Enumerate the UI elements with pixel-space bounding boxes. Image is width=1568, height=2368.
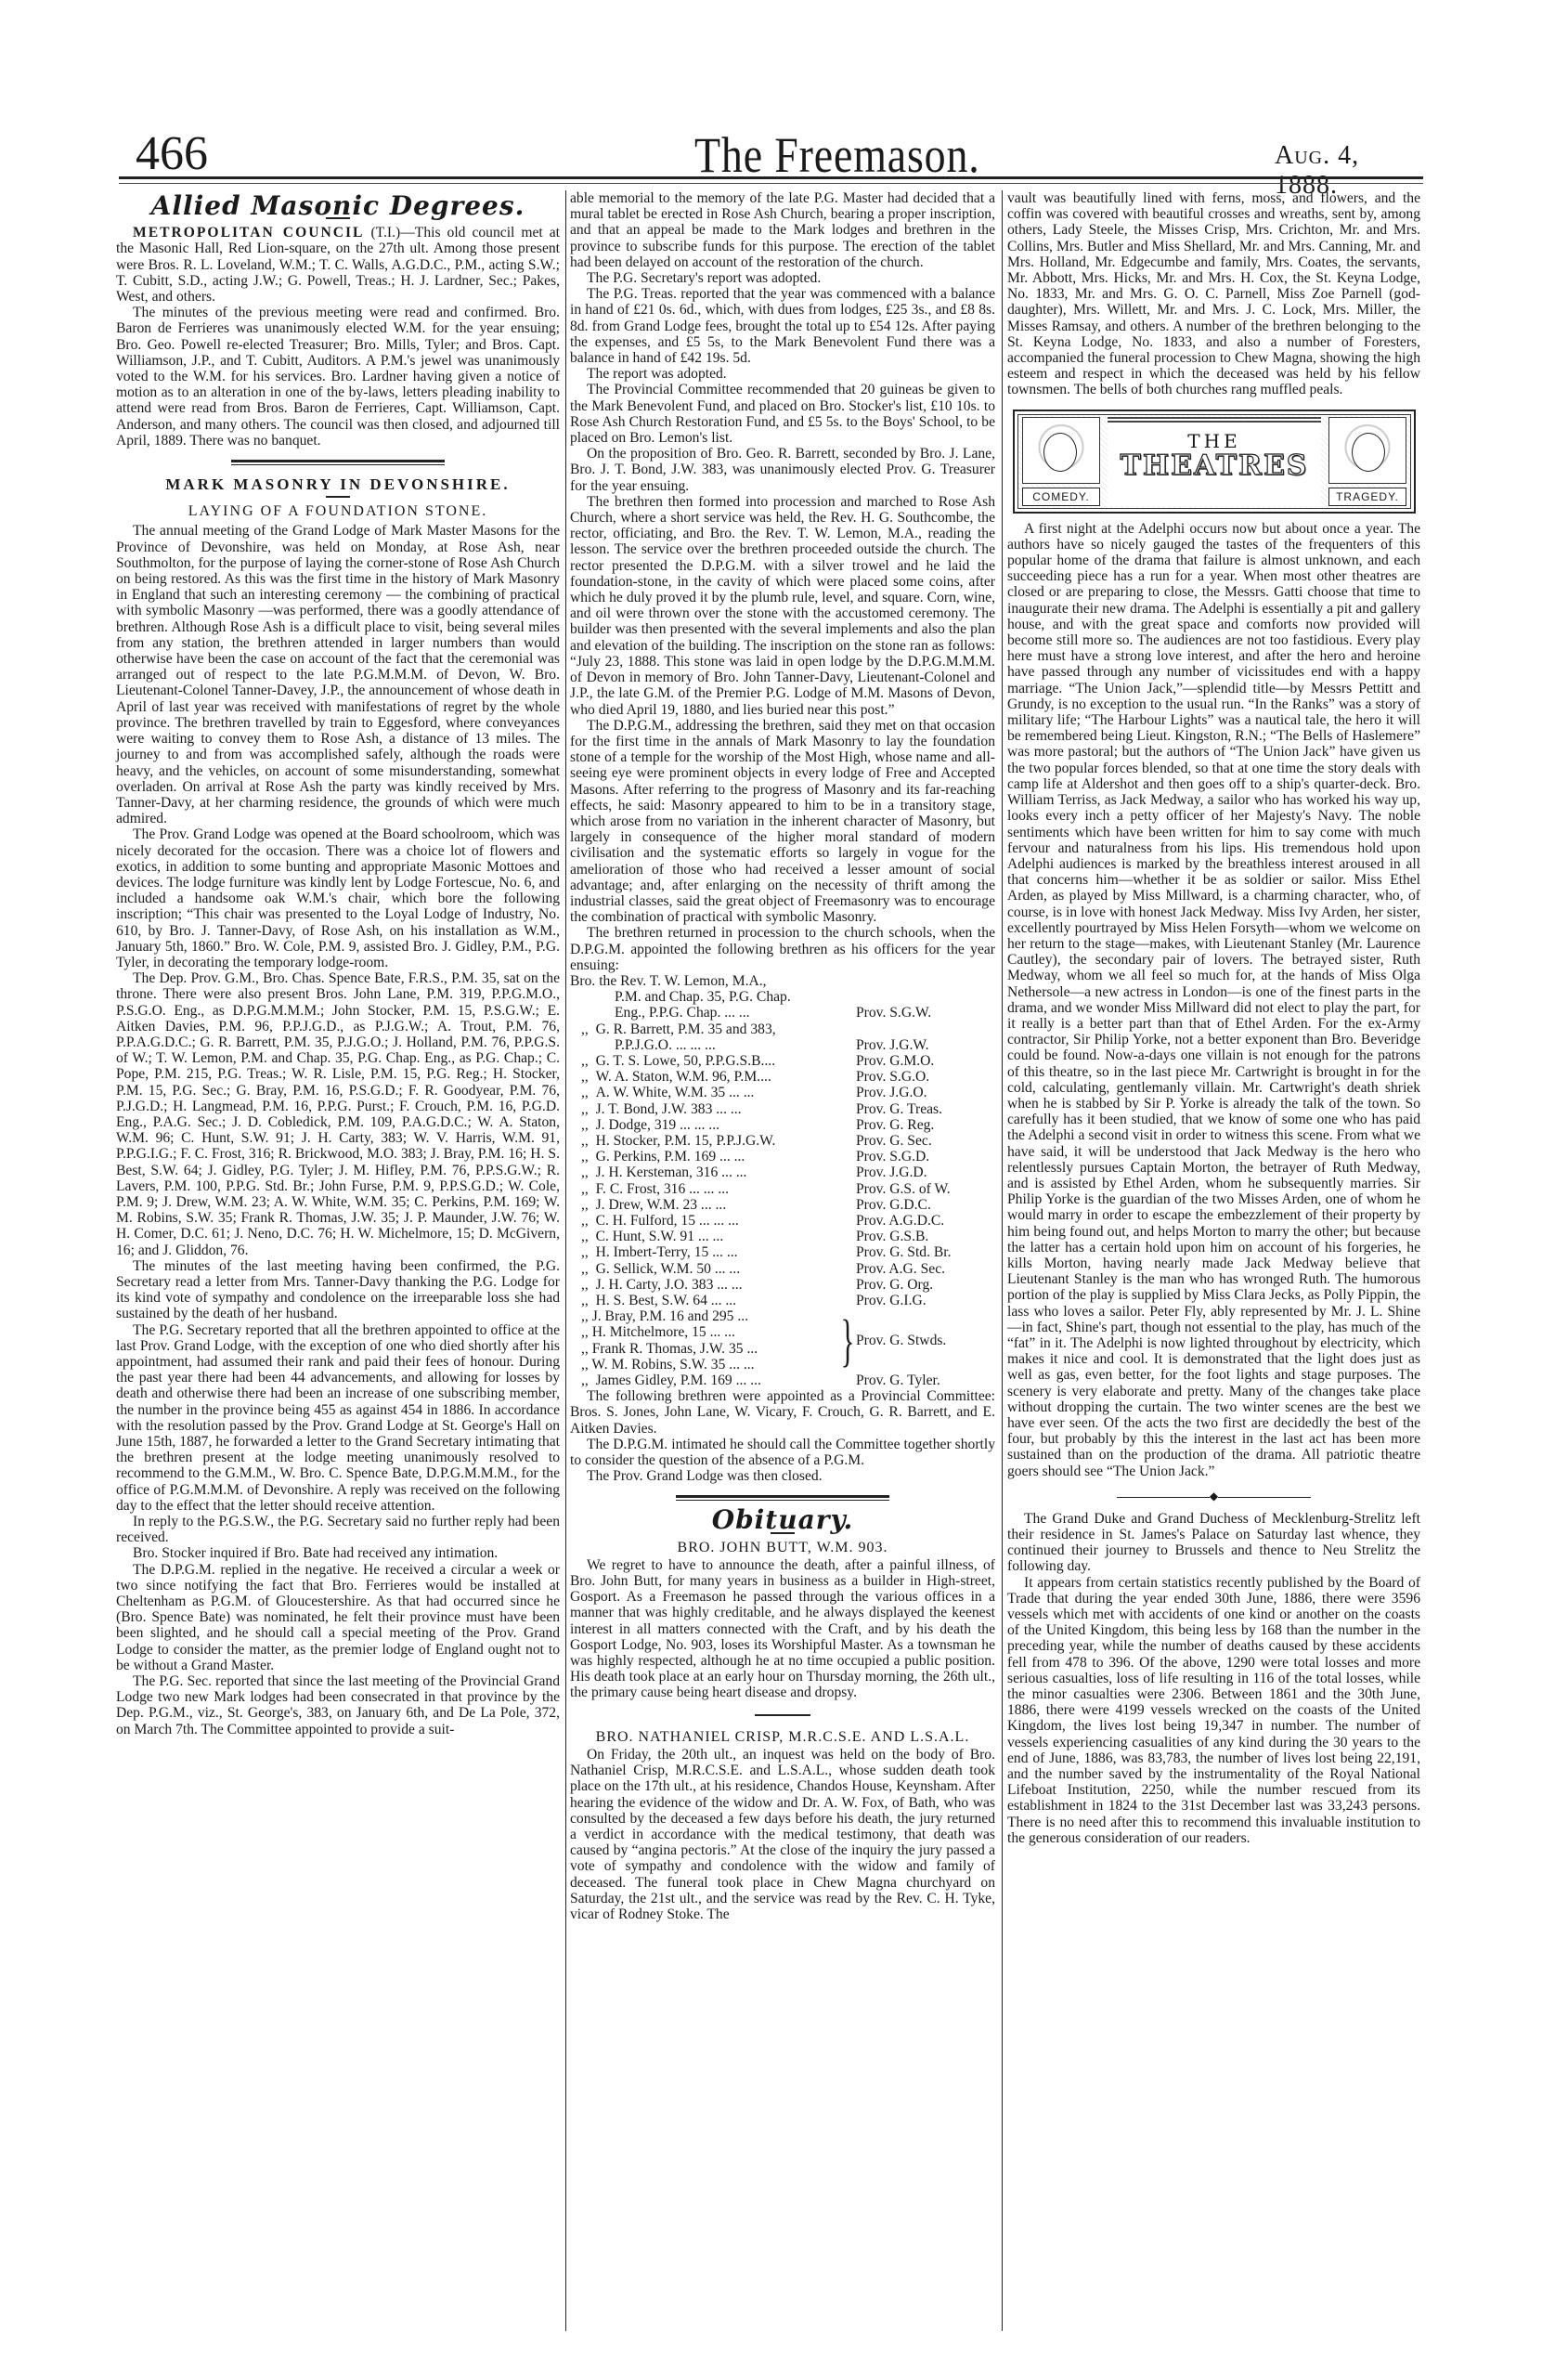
column-1: Allied Masonic Degrees. METROPOLITAN COU…: [116, 190, 560, 1737]
officer-entry: ,, C. H. Fulford, 15 ... ... ...Prov. A.…: [570, 1213, 995, 1229]
officer-entry: ,, W. A. Staton, W.M. 96, P.M....Prov. S…: [570, 1069, 995, 1085]
lead-caps: METROPOLITAN COUNCIL: [133, 225, 364, 241]
section-separator: [676, 1495, 889, 1501]
officer-entry: ,, F. C. Frost, 316 ... ... ...Prov. G.S…: [570, 1181, 995, 1197]
obituary-headline-crisp: BRO. NATHANIEL CRISP, M.R.C.S.E. AND L.S…: [570, 1729, 995, 1745]
article-paragraph: The P.G. Secretary reported that all the…: [116, 1322, 560, 1514]
headline-mark-masonry: MARK MASONRY IN DEVONSHIRE.: [116, 476, 560, 492]
officer-entry: ,, J. H. Kersteman, 316 ... ...Prov. J.G…: [570, 1164, 995, 1180]
article-paragraph: The brethren returned in procession to t…: [570, 925, 995, 973]
article-paragraph: The D.P.G.M. replied in the negative. He…: [116, 1562, 560, 1673]
section-separator: [231, 460, 445, 465]
short-rule: [326, 496, 350, 498]
tragedy-mask-icon: [1328, 417, 1406, 484]
article-paragraph: Bro. Stocker inquired if Bro. Bate had r…: [116, 1545, 560, 1561]
comedy-label: COMEDY.: [1022, 488, 1100, 506]
officer-entry: ,, J. T. Bond, J.W. 383 ... ...Prov. G. …: [570, 1101, 995, 1117]
comedy-mask-icon: [1022, 417, 1100, 484]
article-paragraph: On the proposition of Bro. Geo. R. Barre…: [570, 446, 995, 494]
article-paragraph: On Friday, the 20th ult., an inquest was…: [570, 1747, 995, 1922]
officers-list: Bro. the Rev. T. W. Lemon, M.A., P.M. an…: [570, 973, 995, 1388]
article-paragraph: vault was beautifully lined with ferns, …: [1007, 190, 1420, 398]
officer-entry: Bro. the Rev. T. W. Lemon, M.A., P.M. an…: [570, 973, 995, 1021]
article-paragraph: The Provincial Committee recommended tha…: [570, 382, 995, 446]
article-paragraph: A first night at the Adelphi occurs now …: [1007, 521, 1420, 1479]
diamond-separator: ◆: [1007, 1492, 1420, 1500]
article-paragraph: The D.P.G.M. intimated he should call th…: [570, 1437, 995, 1468]
newspaper-title: The Freemason.: [694, 126, 980, 184]
article-paragraph: We regret to have to announce the death,…: [570, 1557, 995, 1701]
stewards-group: ,, J. Bray, P.M. 16 and 295 ... ,, H. Mi…: [570, 1308, 995, 1373]
officer-entry: ,, C. Hunt, S.W. 91 ... ...Prov. G.S.B.: [570, 1229, 995, 1244]
article-paragraph: The P.G. Secretary's report was adopted.: [570, 270, 995, 286]
article-paragraph: The report was adopted.: [570, 366, 995, 382]
officer-entry: ,, G. Sellick, W.M. 50 ... ...Prov. A.G.…: [570, 1261, 995, 1277]
officer-entry: ,, J. Dodge, 319 ... ... ...Prov. G. Reg…: [570, 1117, 995, 1133]
article-paragraph: The P.G. Sec. reported that since the la…: [116, 1673, 560, 1737]
obituary-headline-butt: BRO. JOHN BUTT, W.M. 903.: [570, 1540, 995, 1555]
article-paragraph: The Dep. Prov. G.M., Bro. Chas. Spence B…: [116, 970, 560, 1258]
article-paragraph: In reply to the P.G.S.W., the P.G. Secre…: [116, 1514, 560, 1545]
article-paragraph: The following brethren were appointed as…: [570, 1388, 995, 1437]
column-divider-1: [565, 190, 566, 2331]
column-3: vault was beautifully lined with ferns, …: [1007, 190, 1420, 1846]
short-rule: [755, 1714, 810, 1716]
article-paragraph: The D.P.G.M., addressing the brethren, s…: [570, 718, 995, 926]
section-title-allied-masonic-degrees: Allied Masonic Degrees.: [116, 198, 560, 214]
page-number: 466: [136, 126, 208, 181]
article-paragraph: The Prov. Grand Lodge was then closed.: [570, 1468, 995, 1484]
officer-entry: ,, H. Stocker, P.M. 15, P.P.J.G.W.Prov. …: [570, 1133, 995, 1149]
article-paragraph: The P.G. Treas. reported that the year w…: [570, 286, 995, 366]
column-2: able memorial to the memory of the late …: [570, 190, 995, 1922]
article-paragraph: The minutes of the last meeting having b…: [116, 1258, 560, 1322]
officer-entry: ,, James Gidley, P.M. 169 ... ...Prov. G…: [570, 1373, 995, 1388]
column-divider-2: [1002, 190, 1003, 2331]
article-paragraph: METROPOLITAN COUNCIL (T.I.)—This old cou…: [116, 225, 560, 305]
article-paragraph: The brethren then formed into procession…: [570, 494, 995, 718]
officer-entry: ,, G. R. Barrett, P.M. 35 and 383, P.P.J…: [570, 1021, 995, 1053]
brace-icon: }: [841, 1313, 855, 1369]
officer-entry: ,, J. Drew, W.M. 23 ... ...Prov. G.D.C.: [570, 1197, 995, 1213]
masthead-rule: [119, 176, 1423, 184]
officer-entry: ,, A. W. White, W.M. 35 ... ...Prov. J.G…: [570, 1085, 995, 1100]
officer-entry: ,, G. Perkins, P.M. 169 ... ...Prov. S.G…: [570, 1149, 995, 1164]
banner-title: THE THEATRES: [1108, 417, 1321, 506]
theatres-banner: COMEDY. TRAGEDY. THE THEATRES: [1013, 410, 1416, 514]
tragedy-label: TRAGEDY.: [1328, 488, 1406, 506]
officer-entry: ,, H. S. Best, S.W. 64 ... ...Prov. G.I.…: [570, 1293, 995, 1308]
article-paragraph: The minutes of the previous meeting were…: [116, 305, 560, 449]
officer-entry: ,, J. H. Carty, J.O. 383 ... ...Prov. G.…: [570, 1277, 995, 1293]
article-paragraph: The annual meeting of the Grand Lodge of…: [116, 523, 560, 826]
masthead: 466 The Freemason. Aug. 4, 1888.: [119, 130, 1419, 195]
article-paragraph: able memorial to the memory of the late …: [570, 190, 995, 270]
article-paragraph: It appears from certain statistics recen…: [1007, 1575, 1420, 1846]
officer-entry: ,, H. Imbert-Terry, 15 ... ...Prov. G. S…: [570, 1244, 995, 1260]
article-paragraph: The Grand Duke and Grand Duchess of Meck…: [1007, 1511, 1420, 1575]
section-title-obituary: Obituary.: [570, 1512, 995, 1528]
subheadline-foundation-stone: LAYING OF A FOUNDATION STONE.: [116, 503, 560, 519]
article-paragraph: The Prov. Grand Lodge was opened at the …: [116, 826, 560, 970]
officer-entry: ,, G. T. S. Lowe, 50, P.P.G.S.B....Prov.…: [570, 1053, 995, 1069]
